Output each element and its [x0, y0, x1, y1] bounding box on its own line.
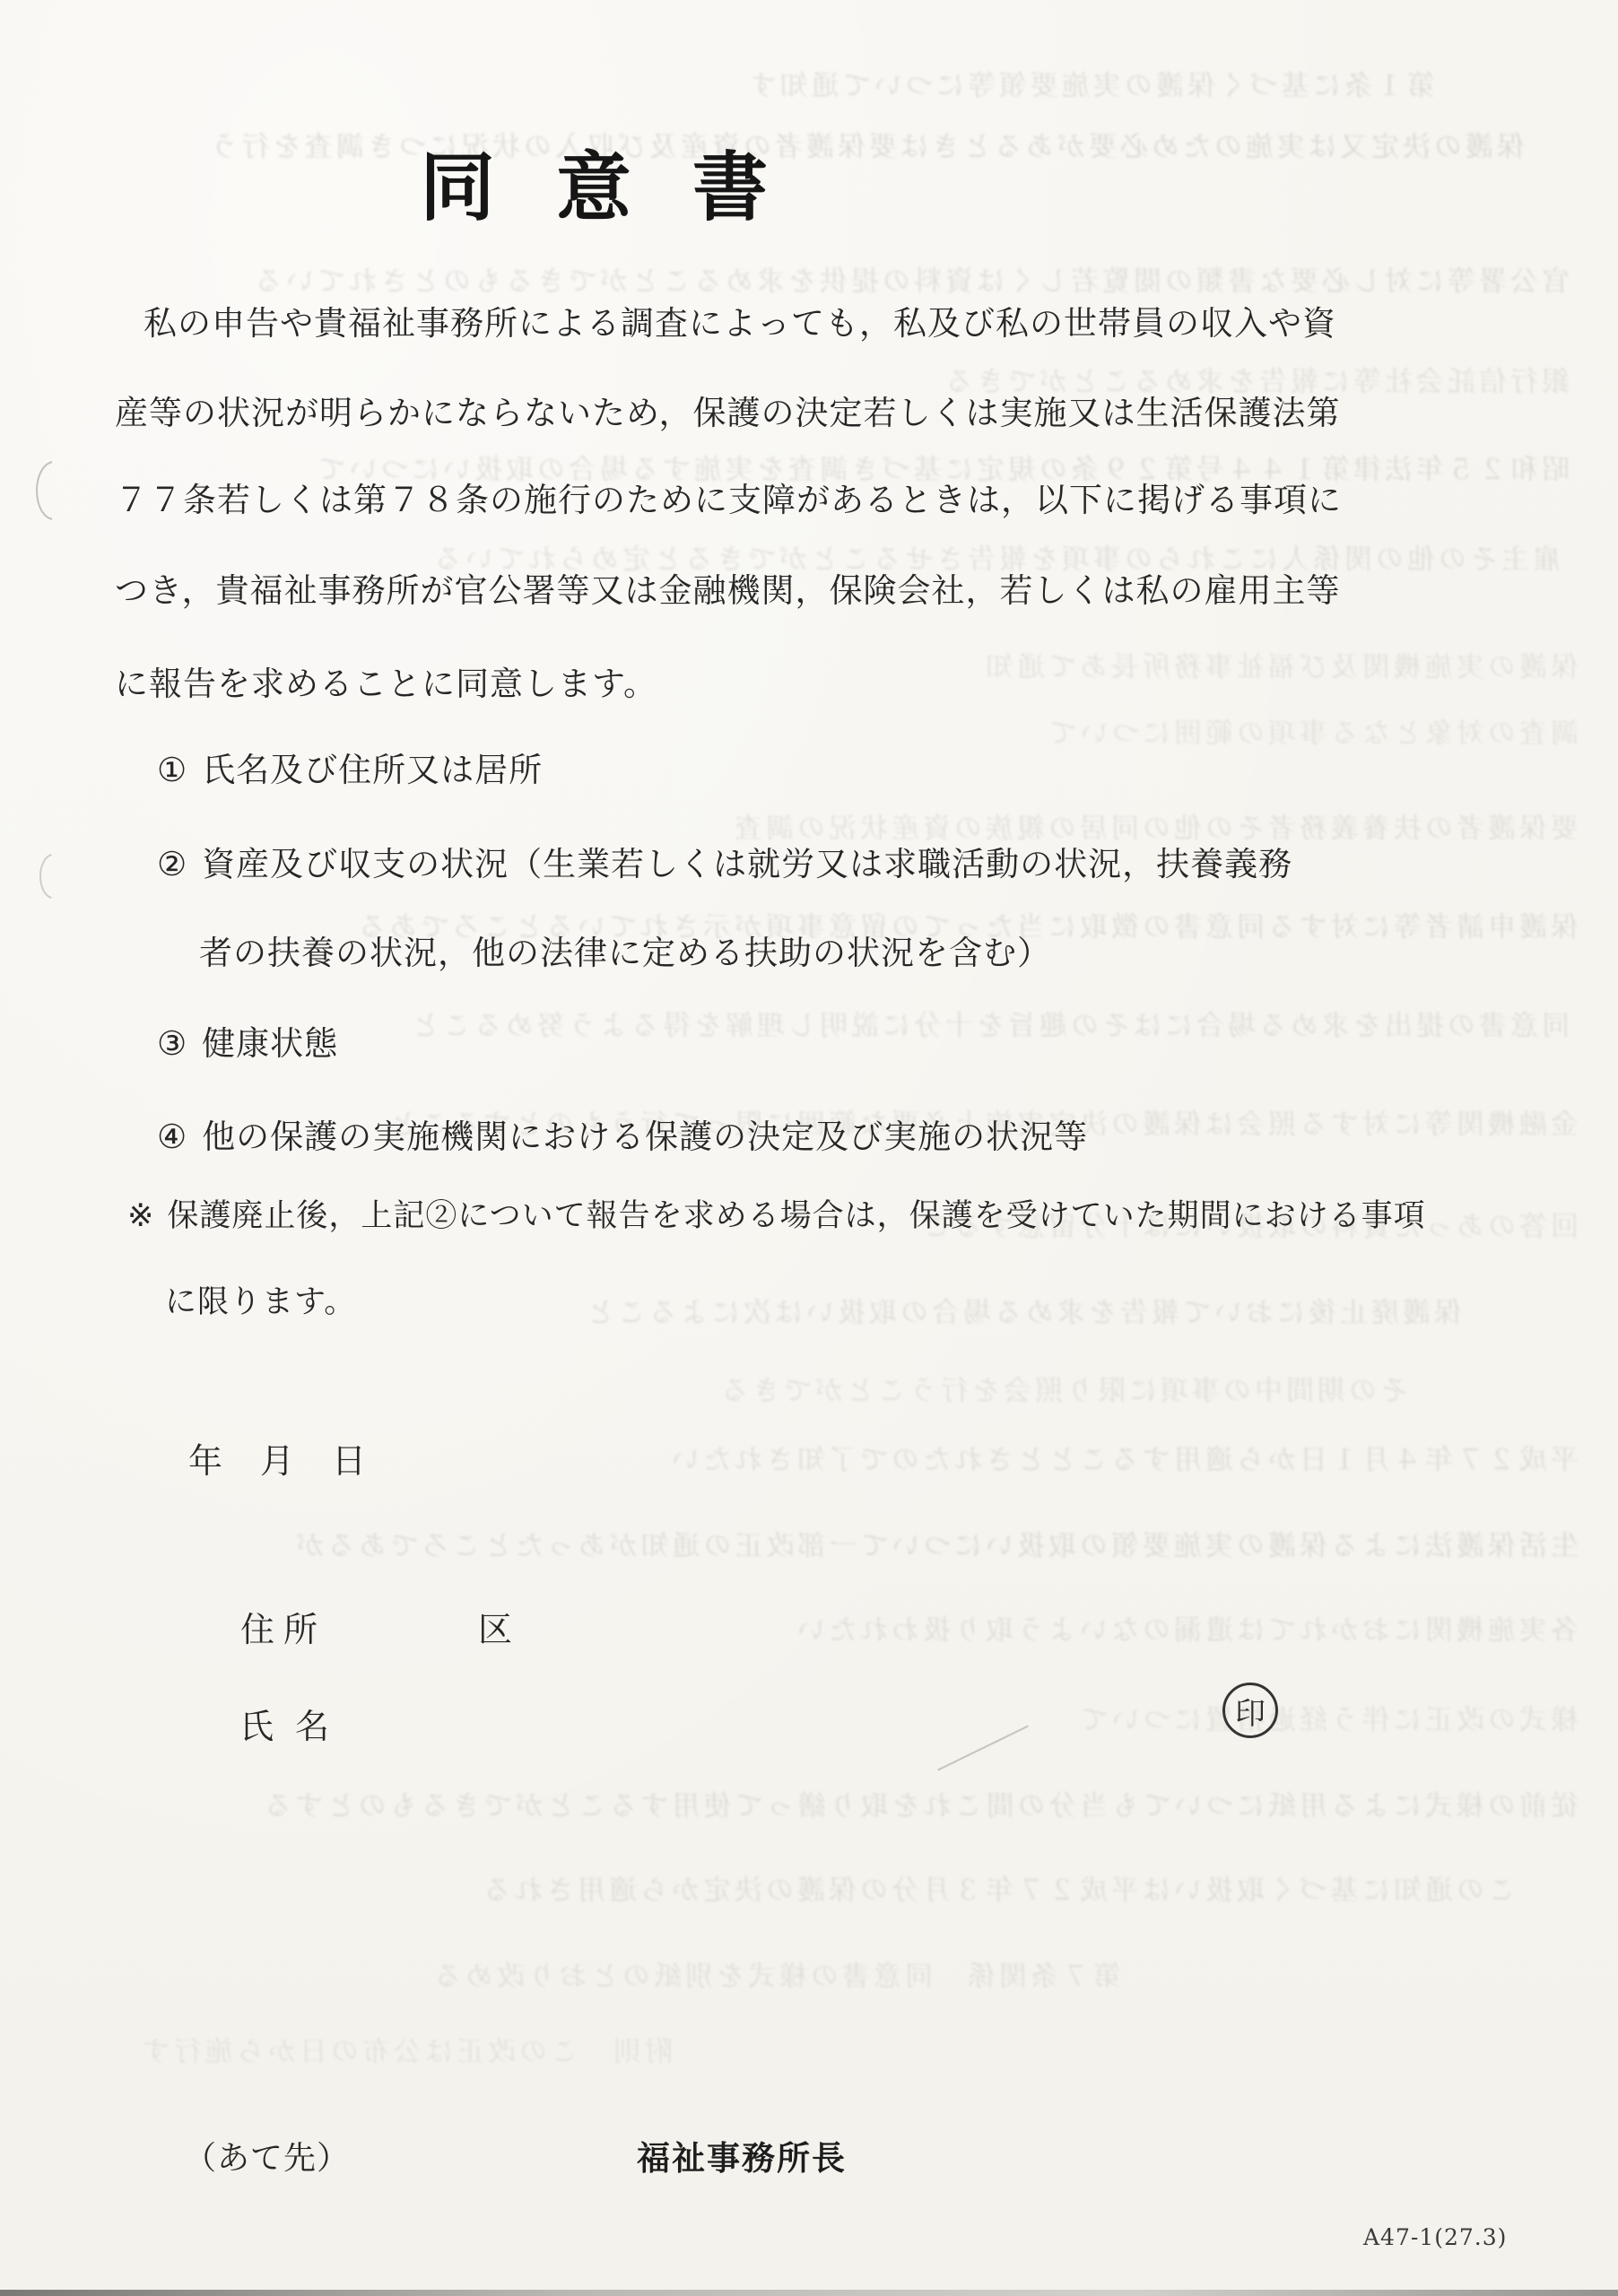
note-line-2: に限ります。 — [165, 1277, 356, 1322]
bleedthrough-line: 同意書の提出を求める場合にはその趣旨を十分に説明し理解を得るよう努めること — [135, 1003, 1570, 1042]
bleedthrough-line: 保護の実施機関及び福祉事務所長あて通知 — [897, 644, 1579, 683]
item-number-4: ④ — [157, 1118, 187, 1156]
bleedthrough-line: 様式の改正に伴う経過措置について — [1031, 1697, 1579, 1736]
list-item-2: ②資産及び収支の状況（生業若しくは就労又は求職活動の状況，扶養義務 — [157, 837, 1292, 885]
month-label: 月 — [260, 1433, 294, 1483]
bleedthrough-line: 第７条関係 同意書の様式を別紙のとおり改める — [135, 1953, 1121, 1993]
intro-line-5: に報告を求めることに同意します。 — [115, 657, 657, 705]
bleedthrough-line: 官公署等に対し必要な書類の閲覧若しくは資料の提供を求めることができるものとされて… — [117, 258, 1570, 298]
intro-line-4: つき，貴福祉事務所が官公署等又は金融機関，保険会社，若しくは私の雇用主等 — [115, 563, 1341, 612]
item-text-3: 健康状態 — [202, 1024, 338, 1063]
scan-artifact-arc — [36, 461, 72, 520]
year-label: 年 — [188, 1433, 222, 1483]
list-item-3: ③健康状態 — [157, 1016, 338, 1065]
intro-line-1: 私の申告や貴福祉事務所による調査によっても，私及び私の世帯員の収入や資 — [144, 296, 1336, 344]
item-text-1: 氏名及び住所又は居所 — [202, 751, 543, 789]
item-number-1: ① — [157, 751, 187, 789]
note-text: 保護廃止後，上記②について報告を求める場合は，保護を受けていた期間における事項 — [167, 1198, 1425, 1234]
item-number-2: ② — [157, 845, 187, 883]
bleedthrough-line: 各実施機関におかれては遺漏のないよう取り扱われたい — [538, 1607, 1579, 1647]
bleedthrough-line: 附則 この改正は公布の日から施行する — [135, 2029, 673, 2068]
bleedthrough-line: 平成２７年４月１日から適用することとされたので了知されたい — [377, 1437, 1579, 1476]
bleedthrough-line: 保護廃止後において報告を求める場合の取扱いは次によること — [206, 1290, 1462, 1329]
scanned-consent-form-page: 第１条に基づく保護の実施要領等について通知する事項保護の決定又は実施のため必要が… — [0, 0, 1618, 2296]
address-label: 住所 — [240, 1602, 326, 1651]
note-marker: ※ — [127, 1198, 154, 1234]
ward-label: 区 — [478, 1602, 512, 1651]
bleedthrough-line: 第１条に基づく保護の実施要領等について通知する事項 — [753, 63, 1435, 102]
item-number-3: ③ — [157, 1024, 187, 1063]
addressee-title: 福祉事務所長 — [637, 2131, 847, 2179]
note-line-1: ※保護廃止後，上記②について報告を求める場合は，保護を受けていた期間における事項 — [127, 1191, 1426, 1236]
date-field-row: 年 月 日 — [188, 1433, 366, 1483]
item-text-4: 他の保護の実施機関における保護の決定及び実施の状況等 — [202, 1118, 1088, 1156]
bleedthrough-line: その期間中の事項に限り照会を行うことができる — [206, 1368, 1408, 1407]
bleedthrough-line: 生活保護法による保護の実施要領の取扱いについて一部改正の通知があったところである… — [135, 1523, 1579, 1562]
scanner-edge-shadow — [0, 2290, 1618, 2296]
bleedthrough-line: 調査の対象となる事項の範囲について — [1022, 710, 1579, 750]
day-label: 日 — [332, 1433, 366, 1483]
item-text-2: 資産及び収支の状況（生業若しくは就労又は求職活動の状況，扶養義務 — [202, 845, 1292, 883]
seal-mark-icon: 印 — [1222, 1683, 1278, 1738]
scan-artifact-scratch — [937, 1726, 1029, 1771]
bleedthrough-line: この通知に基づく取扱いは平成２７年３月分の保護の決定から適用される — [215, 1867, 1516, 1907]
addressee-prefix: （あて先） — [184, 2133, 350, 2179]
form-code: A47-1(27.3) — [1363, 2224, 1507, 2250]
scan-artifact-arc — [39, 854, 66, 899]
list-item-1: ①氏名及び住所又は居所 — [157, 743, 543, 791]
intro-line-3: ７７条若しくは第７８条の施行のために支障があるときは，以下に掲げる事項に — [115, 473, 1342, 521]
page-title: 同意書 — [420, 127, 829, 236]
list-item-4: ④他の保護の実施機関における保護の決定及び実施の状況等 — [157, 1109, 1088, 1158]
bleedthrough-line: 従前の様式による用紙についても当分の間これを取り繕って使用することができるものと… — [135, 1783, 1579, 1822]
item-text-2-continued: 者の扶養の状況，他の法律に定める扶助の状況を含む） — [199, 926, 1051, 974]
name-label: 氏名 — [239, 1699, 351, 1748]
intro-line-2: 産等の状況が明らかにならないため，保護の決定若しくは実施又は生活保護法第 — [115, 386, 1341, 434]
